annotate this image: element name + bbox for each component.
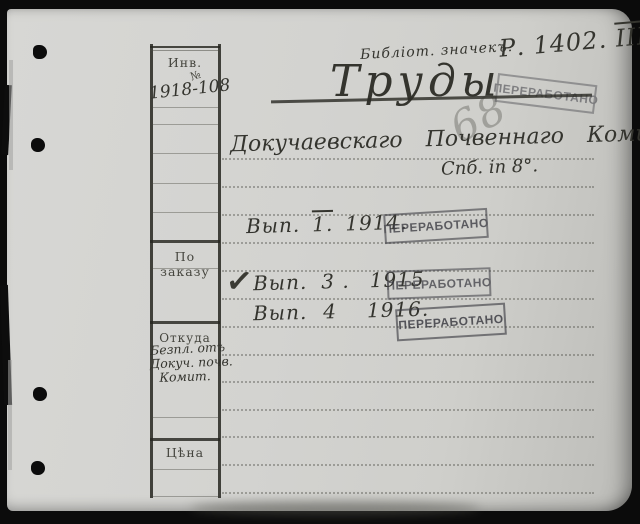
issue-number: 4 (323, 299, 337, 323)
edge-highlight (8, 360, 12, 470)
issue-number: 3 . (321, 269, 350, 294)
column-bottom-line (152, 496, 218, 497)
column-cell-line (152, 107, 218, 108)
origin-note-line: Комит. (150, 368, 220, 385)
bottom-edge-shadow (190, 501, 480, 515)
reworked-stamp-label: ПЕРЕРАБОТАНО (383, 216, 489, 236)
ruled-line (222, 158, 594, 160)
ruled-line (222, 464, 594, 466)
edge-highlight (9, 60, 13, 170)
punch-hole (33, 45, 47, 59)
reworked-stamp: ПЕРЕРАБОТАНО (387, 267, 492, 300)
column-top-border (150, 46, 220, 48)
punch-hole (33, 387, 47, 401)
ruled-line (222, 436, 594, 438)
punch-hole (31, 138, 45, 152)
column-section-line (150, 240, 220, 243)
reworked-stamp-label: ПЕРЕРАБОТАНО (398, 312, 504, 332)
reworked-stamp: ПЕРЕРАБОТАНО (395, 303, 507, 342)
ruled-line (222, 186, 594, 188)
column-section-line (150, 438, 220, 441)
column-cell-line (152, 212, 218, 213)
issue-label: Вып. (246, 213, 301, 238)
issue-label: Вып. (253, 270, 308, 295)
reworked-stamp-label: ПЕРЕРАБОТАНО (386, 275, 492, 293)
punch-hole (31, 461, 45, 475)
column-section-line (150, 321, 220, 324)
column-cell-line (152, 469, 218, 470)
shelf-code-roman: III. (614, 21, 640, 52)
column-top-border-inner (150, 50, 220, 51)
ruled-line (222, 409, 594, 411)
price-label: Цѣна (150, 445, 220, 460)
reworked-stamp: ПЕРЕРАБОТАНО (383, 208, 489, 244)
ruled-line (222, 354, 594, 356)
scan-background: Инв. № 1918-108 По заказу Откуда Безпл. … (0, 0, 640, 524)
ruled-line (222, 492, 594, 494)
ruled-line (222, 381, 594, 383)
column-cell-line (152, 153, 218, 154)
issue-number: 1. (312, 212, 334, 237)
column-cell-line (152, 124, 218, 125)
place-format-line: Спб. in 8°. (441, 155, 539, 179)
issue-label: Вып. (253, 300, 308, 325)
checkmark-icon: ✓ (224, 261, 255, 302)
column-cell-line (152, 417, 218, 418)
on-order-label: По заказу (150, 249, 220, 279)
column-cell-line (152, 183, 218, 184)
